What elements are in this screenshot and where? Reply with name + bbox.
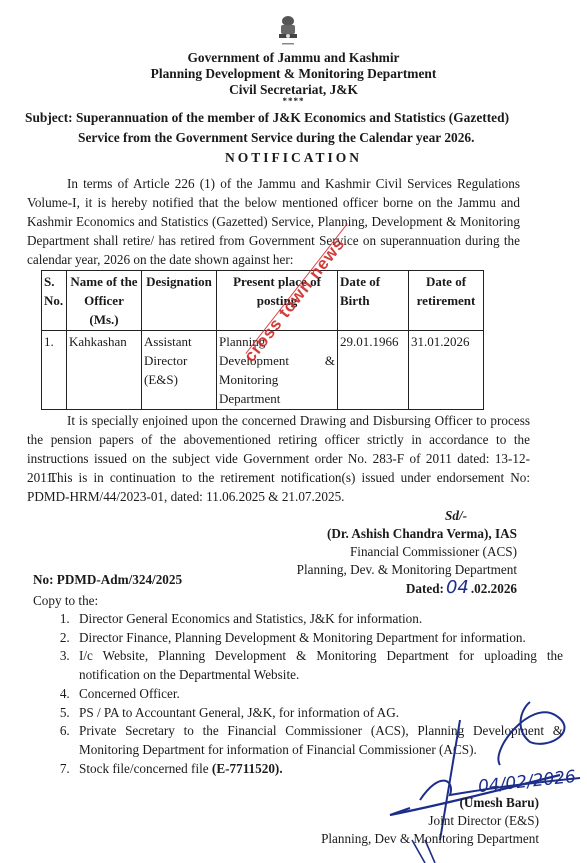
signatory-title: Financial Commissioner (ACS) — [297, 543, 517, 561]
department-name: Planning Development & Monitoring Depart… — [0, 66, 587, 82]
list-item: Director Finance, Planning Development &… — [73, 629, 563, 648]
notification-title: NOTIFICATION — [0, 150, 587, 166]
countersign-title: Joint Director (E&S) — [321, 812, 539, 830]
subject-label: Subject: — [25, 110, 73, 125]
col-retirement: Date of retirement — [409, 271, 484, 331]
file-number: (E-7711520). — [212, 761, 283, 776]
col-name: Name of the Officer (Ms.) — [67, 271, 142, 331]
cell-sno: 1. — [42, 331, 67, 410]
cell-designation: Assistant Director (E&S) — [142, 331, 217, 410]
subject-line1: Superannuation of the member of J&K Econ… — [76, 110, 509, 125]
state-emblem-icon — [273, 14, 303, 48]
subject-line2: Service from the Government Service duri… — [25, 128, 570, 148]
cell-name: Kahkashan — [67, 331, 142, 410]
table-header-row: S. No. Name of the Officer (Ms.) Designa… — [42, 271, 484, 331]
paragraph-continuation: This is in continuation to the retiremen… — [27, 468, 530, 506]
list-item-text: Stock file/concerned file — [79, 761, 209, 776]
signatory-dept: Planning, Dev. & Monitoring Department — [297, 561, 517, 579]
govt-name: Government of Jammu and Kashmir — [0, 50, 587, 66]
cell-dob: 29.01.1966 — [338, 331, 409, 410]
subject: Subject: Superannuation of the member of… — [25, 108, 570, 148]
countersign-dept: Planning, Dev & Monitoring Department — [321, 830, 539, 848]
copy-to-label: Copy to the: — [33, 593, 98, 609]
sd-mark: Sd/- — [297, 507, 517, 525]
list-item: I/c Website, Planning Development & Moni… — [73, 647, 563, 684]
cell-posting: Planning Development & Monitoring Depart… — [217, 331, 338, 410]
signatory-block: Sd/- (Dr. Ashish Chandra Verma), IAS Fin… — [297, 507, 517, 598]
countersign-block: (Umesh Baru) Joint Director (E&S) Planni… — [321, 794, 539, 848]
dated-rest: .02.2026 — [471, 581, 517, 596]
dated-line: Dated:04.02.2026 — [297, 579, 517, 598]
col-designation: Designation — [142, 271, 217, 331]
reference-number: No: PDMD-Adm/324/2025 — [33, 572, 182, 588]
dated-label: Dated: — [406, 581, 444, 596]
header-separator: **** — [0, 96, 587, 106]
handwritten-day: 04 — [444, 577, 471, 598]
signatory-name: (Dr. Ashish Chandra Verma), IAS — [297, 525, 517, 543]
col-dob: Date of Birth — [338, 271, 409, 331]
countersign-name: (Umesh Baru) — [321, 794, 539, 812]
intro-paragraph: In terms of Article 226 (1) of the Jammu… — [27, 174, 520, 269]
col-sno: S. No. — [42, 271, 67, 331]
cell-retirement: 31.01.2026 — [409, 331, 484, 410]
list-item: Director General Economics and Statistic… — [73, 610, 563, 629]
